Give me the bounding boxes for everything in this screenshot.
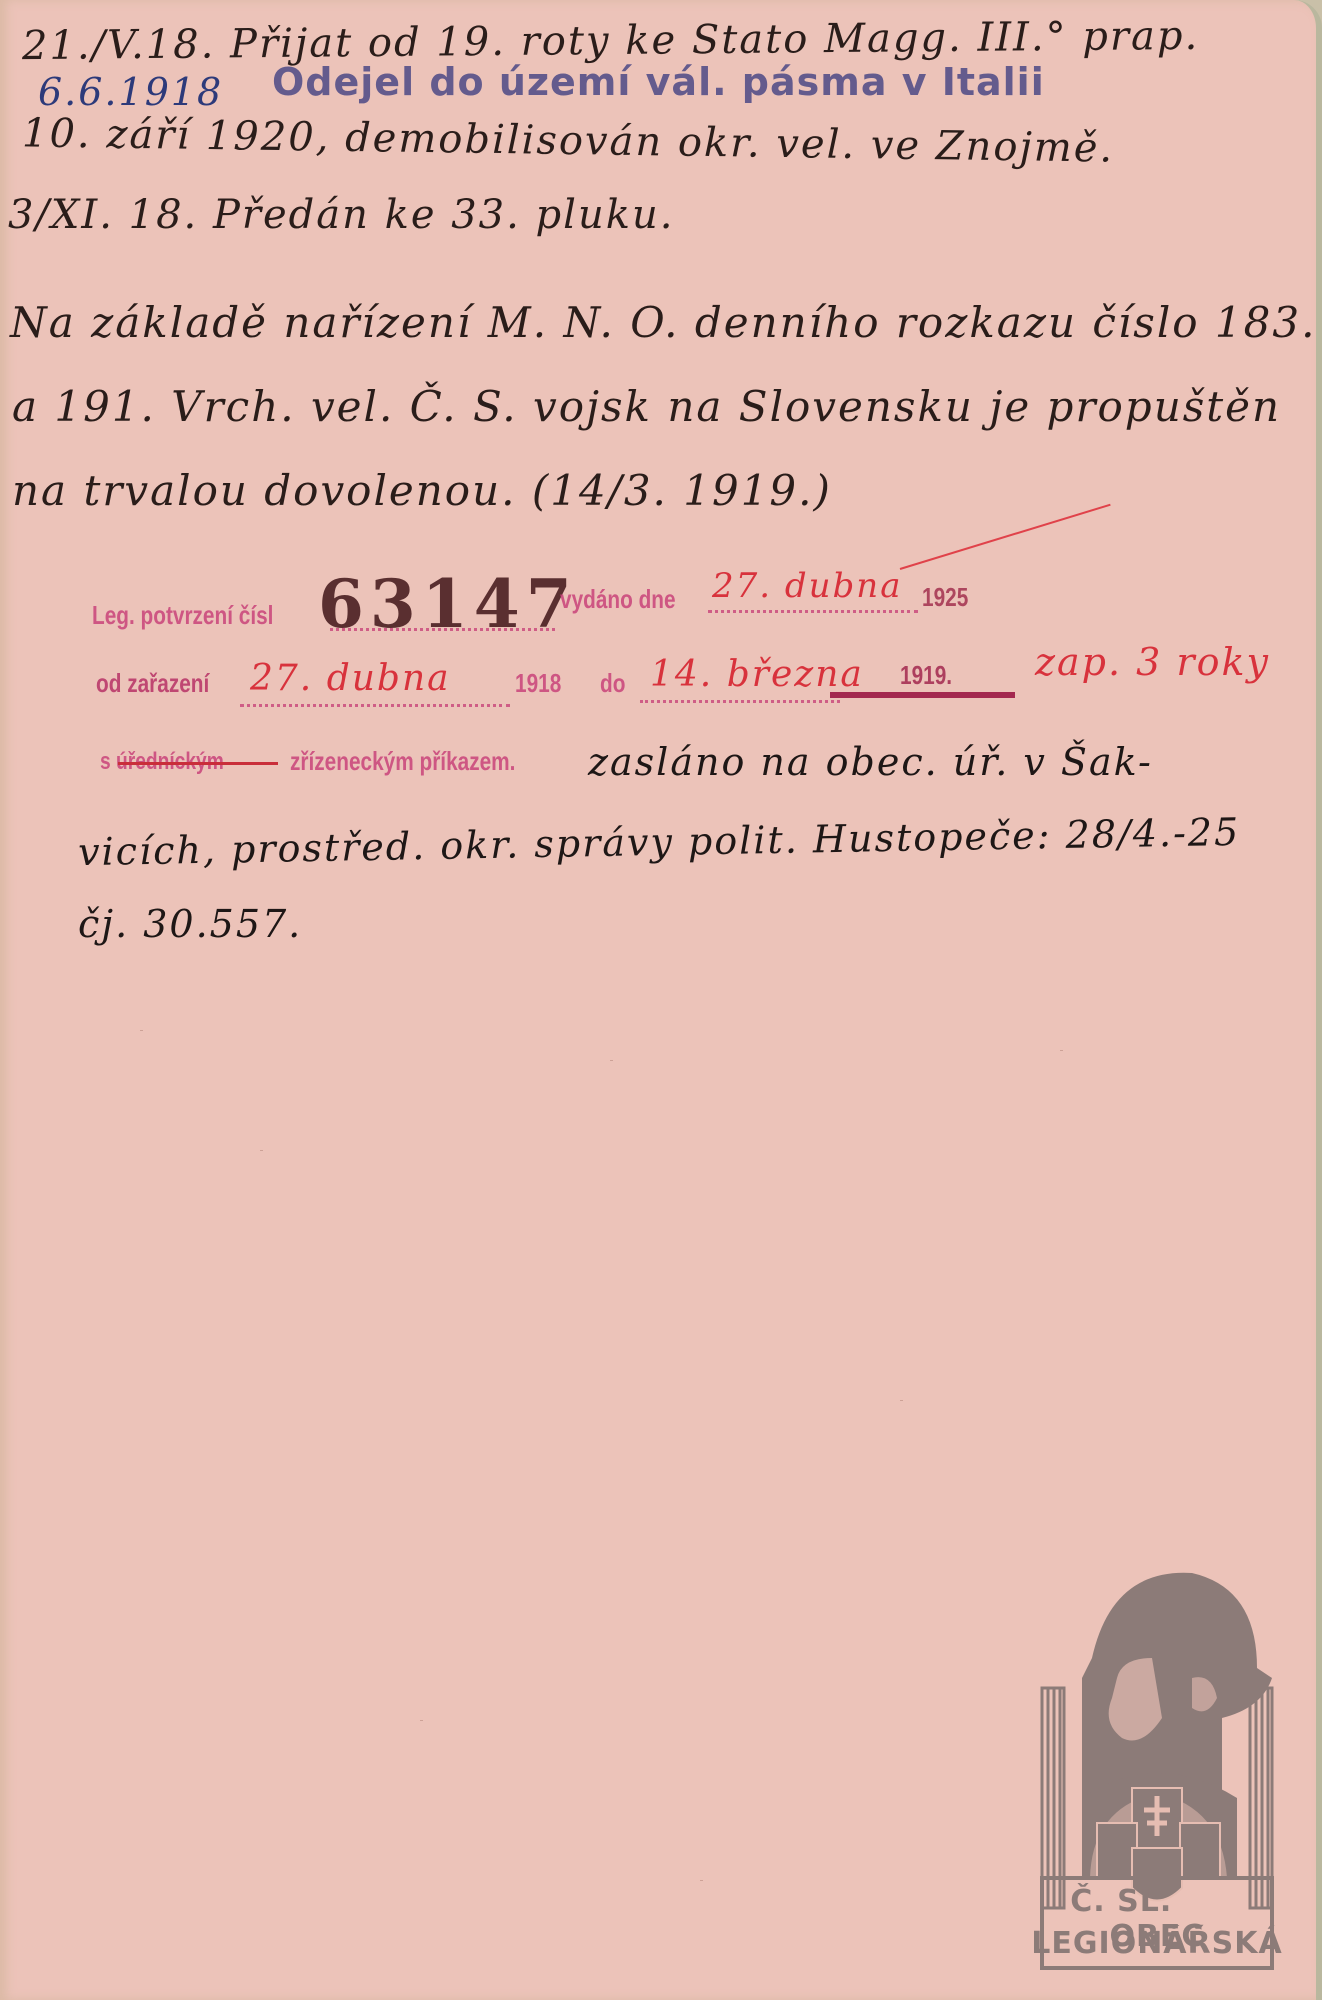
paper-speck — [420, 1720, 423, 1721]
stamp-from-label: od zařazení — [96, 668, 209, 699]
handwritten-ref-number: čj. 30.557. — [78, 902, 302, 946]
dotted-line — [330, 628, 555, 631]
handwritten-sent-line-2: vicích, prostřed. okr. správy polit. Hus… — [78, 810, 1241, 874]
stamp-issued-year: 1925 — [922, 582, 968, 613]
dotted-line — [640, 700, 840, 703]
handwritten-sent-line-1: zasláno na obec. úř. v Šak- — [588, 740, 1153, 784]
dotted-line — [240, 704, 510, 707]
paper-speck — [260, 1150, 263, 1151]
issued-date: 27. dubna — [712, 566, 902, 606]
handwritten-line-4: 3/XI. 18. Předán ke 33. pluku. — [8, 192, 674, 238]
handwritten-para-1: Na základě nařízení M. N. O. denního roz… — [10, 298, 1316, 347]
paper-speck — [610, 1060, 613, 1061]
handwritten-para-2: a 191. Vrch. vel. Č. S. vojsk na Slovens… — [12, 382, 1281, 431]
paper-speck — [140, 1030, 143, 1031]
paper-speck — [700, 1880, 703, 1881]
record-card: 21./V.18. Přijat od 19. roty ke Stato Ma… — [0, 0, 1322, 2000]
stamp-prefix-s: s — [100, 748, 116, 775]
stamp-from-year: 1918 — [515, 668, 561, 699]
legion-community-logo: Č. SL. OBEC LEGIONÁŘSKÁ — [1022, 1548, 1292, 1978]
logo-line-2: LEGIONÁŘSKÁ — [1022, 1926, 1292, 1961]
handwritten-line-3: 10. září 1920, demobilisován okr. vel. v… — [22, 110, 1115, 171]
stamp-to-year: 1919. — [900, 660, 952, 691]
stamp-leg-confirmation-label: Leg. potvrzení čísl — [92, 600, 273, 631]
dotted-line — [708, 610, 918, 613]
logo-text-cs: Č. SL. — [1070, 1884, 1172, 1919]
stamp-to-label: do — [600, 668, 625, 699]
blue-stamp-italy: Odejel do území vál. pásma v Italii — [272, 60, 1045, 104]
counted-years: zap. 3 roky — [1035, 640, 1270, 684]
paper-speck — [1060, 1050, 1063, 1051]
certificate-number: 63147 — [318, 565, 578, 643]
stamp-issued-label: vydáno dne — [560, 584, 676, 615]
paper-speck — [900, 1400, 903, 1401]
from-date: 27. dubna — [250, 658, 451, 699]
red-pen-stroke — [900, 504, 1111, 570]
strikethrough-line — [118, 762, 278, 765]
to-date: 14. března — [650, 654, 864, 695]
handwritten-date-blue: 6.6.1918 — [38, 70, 223, 114]
handwritten-para-3: na trvalou dovolenou. (14/3. 1919.) — [12, 466, 832, 515]
stamp-underline — [830, 692, 1015, 698]
stamp-order-text: zřízeneckým příkazem. — [290, 746, 515, 777]
